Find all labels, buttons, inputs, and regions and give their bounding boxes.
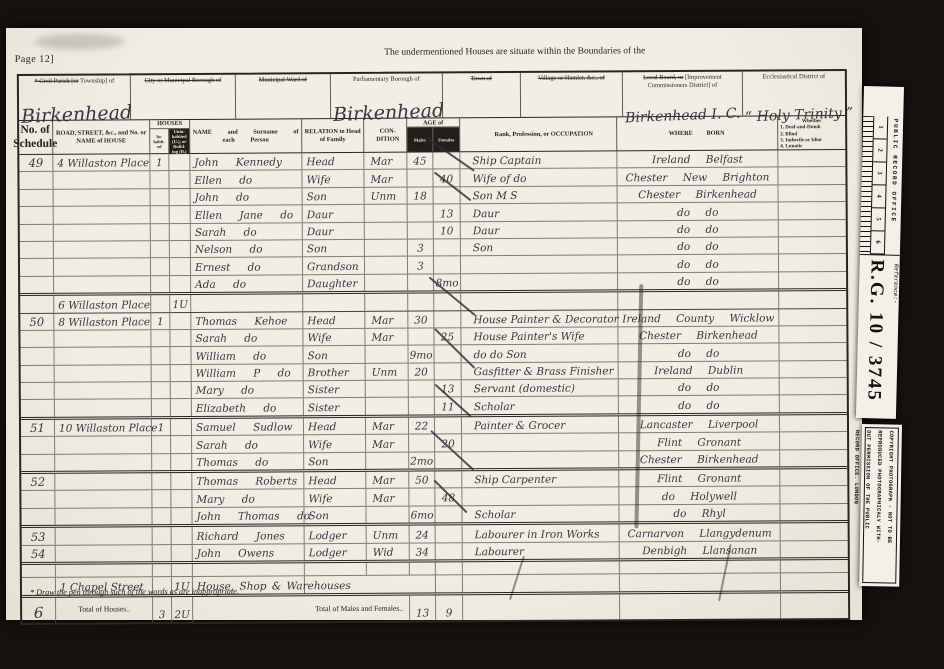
col-header-uninhabited: Unin- habited (U.), or Build- ing (B.) <box>169 129 189 154</box>
relation-cell: Head <box>304 418 366 435</box>
occupation-cell: Gasfitter & Brass Finisher <box>462 362 619 379</box>
occupation-cell: Son M S <box>461 186 618 203</box>
house-uninhabited-cell: 1U <box>170 295 191 312</box>
relation-cell: Head <box>302 153 364 170</box>
schedule-cell: 53 <box>22 528 56 545</box>
disability-cell <box>781 541 848 558</box>
relation-cell: Daur <box>303 205 365 222</box>
birthplace-cell: Ireland Belfast <box>617 150 778 167</box>
house-uninhabited-cell <box>170 258 191 275</box>
total-females: 9 <box>436 595 463 620</box>
disability-cell <box>778 150 845 167</box>
condition-cell: Mar <box>364 170 407 187</box>
schedule-cell <box>20 190 54 207</box>
condition-cell <box>367 576 410 593</box>
name-cell: William P do <box>192 364 304 381</box>
copyright-notice: COPYRIGHT PHOTOGRAPH - NOT TO BE REPRODU… <box>862 427 899 584</box>
age-male-cell: 6mo <box>409 506 435 523</box>
name-cell: Sarah do <box>192 436 304 453</box>
totals-spacer <box>620 593 781 619</box>
age-male-cell <box>409 435 435 452</box>
field-value-handwritten: Birkenhead <box>333 99 445 126</box>
age-male-cell: 3 <box>408 257 434 274</box>
occupation-cell: House Painter's Wife <box>461 327 618 344</box>
schedule-cell <box>20 259 54 276</box>
address-cell <box>55 365 152 382</box>
archive-ruler-strip: 123456 PUBLIC RECORD OFFICE R.G. 10 / 37… <box>856 86 904 419</box>
schedule-cell <box>21 400 55 417</box>
disability-cell <box>780 469 847 486</box>
name-cell: Nelson do <box>191 240 303 257</box>
relation-cell: Son <box>304 453 366 470</box>
birthplace-cell: do do <box>618 203 779 220</box>
relation-cell <box>305 563 367 575</box>
age-male-cell: 18 <box>408 187 434 204</box>
birthplace-cell <box>620 560 781 573</box>
schedule-cell <box>20 224 54 241</box>
address-cell <box>55 436 152 453</box>
birthplace-cell: Flint Gronant <box>619 433 780 450</box>
condition-cell: Mar <box>364 153 407 170</box>
col-header-houses: HOUSES In- habit- ed Unin- habited (U.),… <box>150 120 190 153</box>
relation-cell: Wife <box>302 170 364 187</box>
col-header-females: Females <box>433 128 459 152</box>
name-cell: Samuel Sudlow <box>192 418 304 435</box>
schedule-cell <box>20 331 54 348</box>
name-cell: John Kennedy <box>190 153 302 170</box>
condition-cell <box>366 506 409 523</box>
condition-cell: Mar <box>366 489 409 506</box>
age-female-cell <box>434 346 461 363</box>
address-cell: 8 Willaston Place <box>54 313 151 330</box>
field-ecclesiastical-district: Ecclesiastical District of“ Holy Trinity… <box>743 71 845 116</box>
age-female-cell <box>436 575 463 592</box>
schedule-cell: 52 <box>21 474 55 491</box>
house-uninhabited-cell <box>171 399 192 416</box>
age-male-cell <box>409 398 435 415</box>
occupation-cell <box>462 434 619 451</box>
age-female-cell <box>434 239 461 256</box>
address-cell: 4 Willaston Place <box>53 154 150 171</box>
house-uninhabited-cell <box>170 224 191 241</box>
relation-cell: Brother <box>304 364 366 381</box>
schedule-cell: 51 <box>21 420 55 437</box>
birthplace-cell: Carnarvon Llangydenum <box>620 524 781 541</box>
house-inhabited-cell <box>152 347 171 364</box>
house-inhabited-cell <box>152 365 171 382</box>
house-inhabited-cell <box>153 545 172 562</box>
total-houses-uninhabited: 2U <box>172 597 193 622</box>
address-cell <box>53 172 150 189</box>
house-uninhabited-cell <box>171 419 192 436</box>
col-header-name: NAME and Surname of each Person <box>190 119 302 153</box>
field-label: Village or Hamlet, &c., of <box>521 72 622 83</box>
age-female-cell <box>433 152 460 169</box>
house-inhabited-cell <box>151 258 170 275</box>
age-male-cell: 34 <box>410 543 436 560</box>
house-inhabited-cell <box>152 491 171 508</box>
schedule-cell: 50 <box>20 313 54 330</box>
disability-cell <box>780 378 847 395</box>
ruler-number: 6 <box>871 231 885 254</box>
house-uninhabited-cell <box>171 454 192 471</box>
ruler-number: 4 <box>872 185 886 208</box>
name-cell: Ellen do <box>190 171 302 188</box>
house-inhabited-cell <box>150 171 169 188</box>
name-cell: Ada do <box>191 275 303 292</box>
occupation-cell: Servant (domestic) <box>462 379 619 396</box>
birthplace-cell <box>620 573 781 591</box>
relation-cell: Head <box>304 472 366 489</box>
house-inhabited-cell <box>153 527 172 544</box>
relation-cell: Sister <box>304 381 366 398</box>
relation-cell: Wife <box>303 329 365 346</box>
age-male-cell: 30 <box>408 311 434 328</box>
address-cell <box>56 564 153 577</box>
condition-cell <box>365 257 408 274</box>
name-cell: John Owens <box>193 544 305 561</box>
address-cell <box>54 241 151 258</box>
house-inhabited-cell <box>152 454 171 471</box>
total-of-houses-label: Total of Houses.. <box>56 597 153 623</box>
field-label: * Civil Parish [or Township] of <box>19 75 130 86</box>
address-cell <box>55 473 152 490</box>
disability-cell <box>781 523 848 540</box>
occupation-cell: Ship Carpenter <box>462 470 619 487</box>
address-cell: 10 Willaston Place <box>55 419 152 436</box>
disability-cell <box>778 167 845 184</box>
copyright-stamp-strip: COPYRIGHT PHOTOGRAPH - NOT TO BE REPRODU… <box>859 424 902 587</box>
ruler-number: 3 <box>873 162 887 185</box>
relation-cell: Son <box>303 240 365 257</box>
condition-cell: Wid <box>367 543 410 560</box>
house-inhabited-cell <box>153 564 172 576</box>
condition-cell <box>365 222 408 239</box>
birthplace-cell: do do <box>619 396 780 413</box>
name-cell: Mary do <box>192 381 304 398</box>
occupation-cell <box>463 561 620 574</box>
totals-row: 6 Total of Houses.. 3 2U Total of Males … <box>22 593 848 623</box>
ruler-number: 5 <box>871 208 885 231</box>
age-male-cell <box>408 205 434 222</box>
age-female-cell: 10 <box>434 222 461 239</box>
disability-cell <box>779 202 846 219</box>
address-cell <box>56 545 153 562</box>
age-male-cell: 9mo <box>408 346 434 363</box>
address-cell <box>54 330 151 347</box>
disability-cell <box>779 343 846 360</box>
disability-cell <box>779 272 846 289</box>
house-uninhabited-cell <box>169 154 190 171</box>
relation-cell: Lodger <box>305 543 367 560</box>
name-cell: Thomas Kehoe <box>191 312 303 329</box>
age-male-cell <box>409 381 435 398</box>
relation-cell: Son <box>303 346 365 363</box>
condition-cell <box>365 274 408 291</box>
house-inhabited-cell <box>152 382 171 399</box>
age-male-cell <box>410 575 436 592</box>
name-cell <box>193 563 305 576</box>
name-cell: William do <box>192 347 304 364</box>
disability-cell <box>781 573 848 590</box>
occupation-cell: Labourer <box>463 542 620 559</box>
name-cell <box>191 294 303 311</box>
disability-item-4: 4. Lunatic <box>780 143 843 150</box>
disability-cell <box>780 504 847 521</box>
form-heading: The undermentioned Houses are situate wi… <box>255 45 775 58</box>
occupation-cell: House Painter & Decorator <box>461 310 618 327</box>
address-cell <box>55 454 152 471</box>
schedule-cell <box>20 277 54 294</box>
condition-cell: Unm <box>367 526 410 543</box>
disability-cell <box>780 415 847 432</box>
age-male-cell: 24 <box>410 526 436 543</box>
age-female-cell <box>435 506 462 523</box>
name-cell: Sarah do <box>191 223 303 240</box>
address-cell <box>54 206 151 223</box>
birthplace-cell: do do <box>618 255 779 272</box>
house-inhabited-cell <box>151 330 170 347</box>
disability-cell <box>780 450 847 467</box>
name-cell: John do <box>191 188 303 205</box>
condition-cell <box>365 346 408 363</box>
age-female-cell <box>435 417 462 434</box>
col-header-occupation: Rank, Profession, or OCCUPATION <box>460 117 617 151</box>
name-cell: John Thomas do <box>192 507 304 524</box>
public-record-office-label: PUBLIC RECORD OFFICE <box>885 87 904 255</box>
field-value-handwritten: Birkenhead <box>21 101 133 128</box>
totals-spacer <box>781 593 848 618</box>
house-uninhabited-cell <box>172 545 193 562</box>
total-houses-inhabited: 3 <box>153 597 172 622</box>
birthplace-cell: Denbigh Llansanan <box>620 541 781 558</box>
birthplace-cell: Chester New Brighton <box>617 168 778 185</box>
condition-cell: Mar <box>365 329 408 346</box>
occupation-cell: Scholar <box>462 505 619 522</box>
name-cell: Thomas do <box>192 453 304 470</box>
house-inhabited-cell <box>151 206 170 223</box>
house-uninhabited-cell <box>171 508 192 525</box>
birthplace-cell: Ireland Dublin <box>619 361 780 378</box>
disability-cell <box>780 361 847 378</box>
schedule-cell <box>21 437 55 454</box>
house-uninhabited-cell <box>170 312 191 329</box>
address-cell <box>55 348 152 365</box>
field-municipal-borough: City or Municipal Borough of <box>131 75 236 120</box>
condition-cell <box>365 240 408 257</box>
birthplace-cell: Lancaster Liverpool <box>619 415 780 432</box>
birthplace-cell: do do <box>619 378 780 395</box>
condition-cell: Mar <box>365 311 408 328</box>
relation-cell <box>303 294 365 311</box>
occupation-cell: Painter & Grocer <box>462 416 619 433</box>
schedule-cell <box>21 383 55 400</box>
house-inhabited-cell <box>152 436 171 453</box>
condition-cell: Unm <box>365 187 408 204</box>
ruler-number: 2 <box>873 139 887 162</box>
scanned-census-page: Page 12] The undermentioned Houses are s… <box>0 0 944 669</box>
age-male-cell <box>408 222 434 239</box>
condition-cell <box>366 381 409 398</box>
census-table-frame: * Civil Parish [or Township] ofBirkenhea… <box>17 69 850 625</box>
house-inhabited-cell: 1 <box>151 313 170 330</box>
house-uninhabited-cell <box>172 564 193 576</box>
birthplace-cell: do do <box>618 237 779 254</box>
house-uninhabited-cell <box>170 241 191 258</box>
age-female-cell <box>435 363 462 380</box>
occupation-cell: do do Son <box>461 345 618 362</box>
house-inhabited-cell <box>151 224 170 241</box>
field-municipal-ward: Municipal Ward of <box>236 74 331 119</box>
house-uninhabited-cell <box>171 490 192 507</box>
relation-cell: Lodger <box>305 526 367 543</box>
disability-cell <box>779 308 846 325</box>
schedule-cell <box>20 296 54 313</box>
field-civil-parish: * Civil Parish [or Township] ofBirkenhea… <box>19 75 131 120</box>
field-town: Town of <box>443 73 521 117</box>
occupation-cell <box>461 273 618 290</box>
age-female-cell <box>436 526 463 543</box>
occupation-cell: Daur <box>461 204 618 221</box>
location-fields: * Civil Parish [or Township] ofBirkenhea… <box>19 71 845 121</box>
age-female-cell <box>434 257 461 274</box>
col-header-age: AGE of Males Females <box>407 118 460 151</box>
name-cell: Ernest do <box>191 258 303 275</box>
field-village-hamlet: Village or Hamlet, &c., of <box>521 72 623 117</box>
condition-cell: Mar <box>366 417 409 434</box>
field-label: Ecclesiastical District of <box>743 71 845 82</box>
field-label: Local Board, or [Improvement Commissione… <box>623 72 742 91</box>
address-cell <box>54 189 151 206</box>
occupation-cell: Daur <box>461 221 618 238</box>
total-males-females-label: Total of Males and Females.. <box>193 596 407 622</box>
name-cell: House, Shop & Warehouses <box>193 576 305 594</box>
schedule-cell: 54 <box>22 545 56 562</box>
schedule-cell <box>21 348 55 365</box>
address-cell <box>55 491 152 508</box>
reference-label: Reference:- <box>884 256 900 419</box>
relation-cell: Daughter <box>303 275 365 292</box>
disability-cell <box>779 185 846 202</box>
house-inhabited-cell <box>152 400 171 417</box>
age-male-cell <box>409 489 435 506</box>
schedule-cell: 49 <box>19 155 53 172</box>
totals-schedule-count: 6 <box>22 598 56 623</box>
age-male-cell <box>408 328 434 345</box>
archive-reference-number: R.G. 10 / 3745 <box>856 255 888 419</box>
address-cell <box>54 259 151 276</box>
houses-title: HOUSES <box>150 119 189 128</box>
house-uninhabited-cell <box>170 330 191 347</box>
birthplace-cell: Chester Birkenhead <box>619 450 780 467</box>
name-cell: Mary do <box>192 490 304 507</box>
name-cell: Elizabeth do <box>192 399 304 416</box>
name-cell: Thomas Roberts <box>192 472 304 489</box>
house-uninhabited-cell <box>172 527 193 544</box>
schedule-cell <box>21 491 55 508</box>
house-uninhabited-cell <box>171 347 192 364</box>
schedule-cell <box>20 242 54 259</box>
birthplace-cell: Chester Birkenhead <box>618 185 779 202</box>
field-local-board: Local Board, or [Improvement Commissione… <box>623 72 743 117</box>
address-cell: 6 Willaston Place <box>54 295 151 312</box>
condition-cell <box>365 294 408 311</box>
occupation-cell <box>461 292 618 309</box>
age-male-cell: 3 <box>408 239 434 256</box>
house-inhabited-cell <box>152 473 171 490</box>
page-number: Page 12] <box>15 54 54 65</box>
schedule-cell <box>21 454 55 471</box>
disability-cell <box>780 432 847 449</box>
age-male-cell <box>410 562 436 574</box>
age-male-cell <box>407 170 433 187</box>
occupation-cell <box>461 256 618 273</box>
address-cell <box>55 382 152 399</box>
schedule-cell <box>20 207 54 224</box>
house-uninhabited-cell <box>171 382 192 399</box>
schedule-cell <box>21 509 55 526</box>
condition-cell <box>367 563 410 575</box>
age-male-cell: 45 <box>407 152 433 169</box>
disability-cell <box>779 254 846 271</box>
ink-smudge <box>35 33 125 50</box>
house-inhabited-cell: 1 <box>150 154 169 171</box>
address-cell <box>54 224 151 241</box>
address-cell <box>54 276 151 293</box>
pro-ruler: 123456 PUBLIC RECORD OFFICE <box>860 86 904 256</box>
age-female-cell <box>436 543 463 560</box>
relation-cell: Grandson <box>303 257 365 274</box>
name-cell: Sarah do <box>191 329 303 346</box>
relation-cell: Daur <box>303 222 365 239</box>
relation-cell: Wife <box>304 489 366 506</box>
relation-cell: Son <box>304 507 366 524</box>
birthplace-cell: Chester Birkenhead <box>618 326 779 343</box>
relation-cell: Son <box>303 188 365 205</box>
age-male-cell: 20 <box>409 363 435 380</box>
condition-cell <box>366 398 409 415</box>
ruler-number: 1 <box>874 116 888 139</box>
disability-cell <box>779 220 846 237</box>
occupation-cell: Wife of do <box>460 169 617 186</box>
disability-cell <box>779 237 846 254</box>
age-male-cell <box>408 294 434 311</box>
col-header-inhabited: In- habit- ed <box>150 129 169 154</box>
relation-cell: Sister <box>304 398 366 415</box>
house-uninhabited-cell <box>171 365 192 382</box>
address-cell <box>55 508 152 525</box>
disability-cell <box>781 560 848 572</box>
house-uninhabited-cell <box>170 189 191 206</box>
house-uninhabited-cell <box>170 206 191 223</box>
occupation-cell <box>463 574 620 592</box>
census-entries: 494 Willaston Place1John KennedyHeadMar4… <box>19 150 848 598</box>
occupation-cell <box>462 451 619 468</box>
birthplace-cell: do Holywell <box>619 487 780 504</box>
address-cell <box>56 527 153 544</box>
occupation-cell: Labourer in Iron Works <box>463 525 620 542</box>
address-cell <box>55 400 152 417</box>
house-uninhabited-cell <box>171 436 192 453</box>
disability-cell <box>780 486 847 503</box>
house-inhabited-cell <box>151 189 170 206</box>
occupation-cell <box>462 488 619 505</box>
field-label: Town of <box>443 73 520 84</box>
census-form: Page 12] The undermentioned Houses are s… <box>5 25 865 622</box>
house-inhabited-cell <box>151 276 170 293</box>
occupation-cell: Ship Captain <box>460 151 617 168</box>
house-inhabited-cell <box>151 241 170 258</box>
